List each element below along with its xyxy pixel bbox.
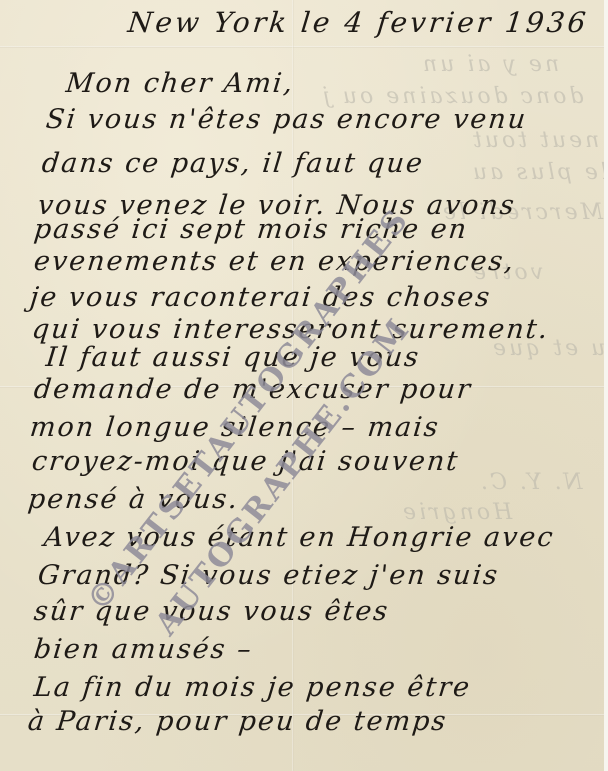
letter-page: ne y ai un donc douzaine ou j neut tout … bbox=[0, 0, 604, 771]
letter-line: dans ce pays, il faut que bbox=[40, 148, 425, 179]
letter-line: Si vous n'êtes pas encore venu bbox=[44, 104, 528, 135]
letter-date-line: New York le 4 fevrier 1936 bbox=[126, 6, 590, 39]
letter-line: La fin du mois je pense être bbox=[32, 672, 472, 703]
letter-line: je vous raconterai des choses bbox=[28, 282, 493, 313]
letter-line: evenements et en experiences, bbox=[32, 246, 516, 277]
bleed-through-text: le plus au bbox=[470, 160, 604, 185]
letter-salutation: Mon cher Ami, bbox=[64, 68, 295, 99]
letter-line: à Paris, pour peu de temps bbox=[26, 706, 449, 737]
fold-crease bbox=[0, 46, 604, 48]
scan-edge bbox=[604, 0, 608, 771]
letter-line: bien amusés – bbox=[32, 634, 254, 665]
bleed-through-text: N. Y. C. bbox=[478, 470, 583, 495]
letter-line: croyez-moi que j'ai souvent bbox=[30, 446, 461, 477]
bleed-through-text: ne y ai un bbox=[420, 52, 559, 77]
